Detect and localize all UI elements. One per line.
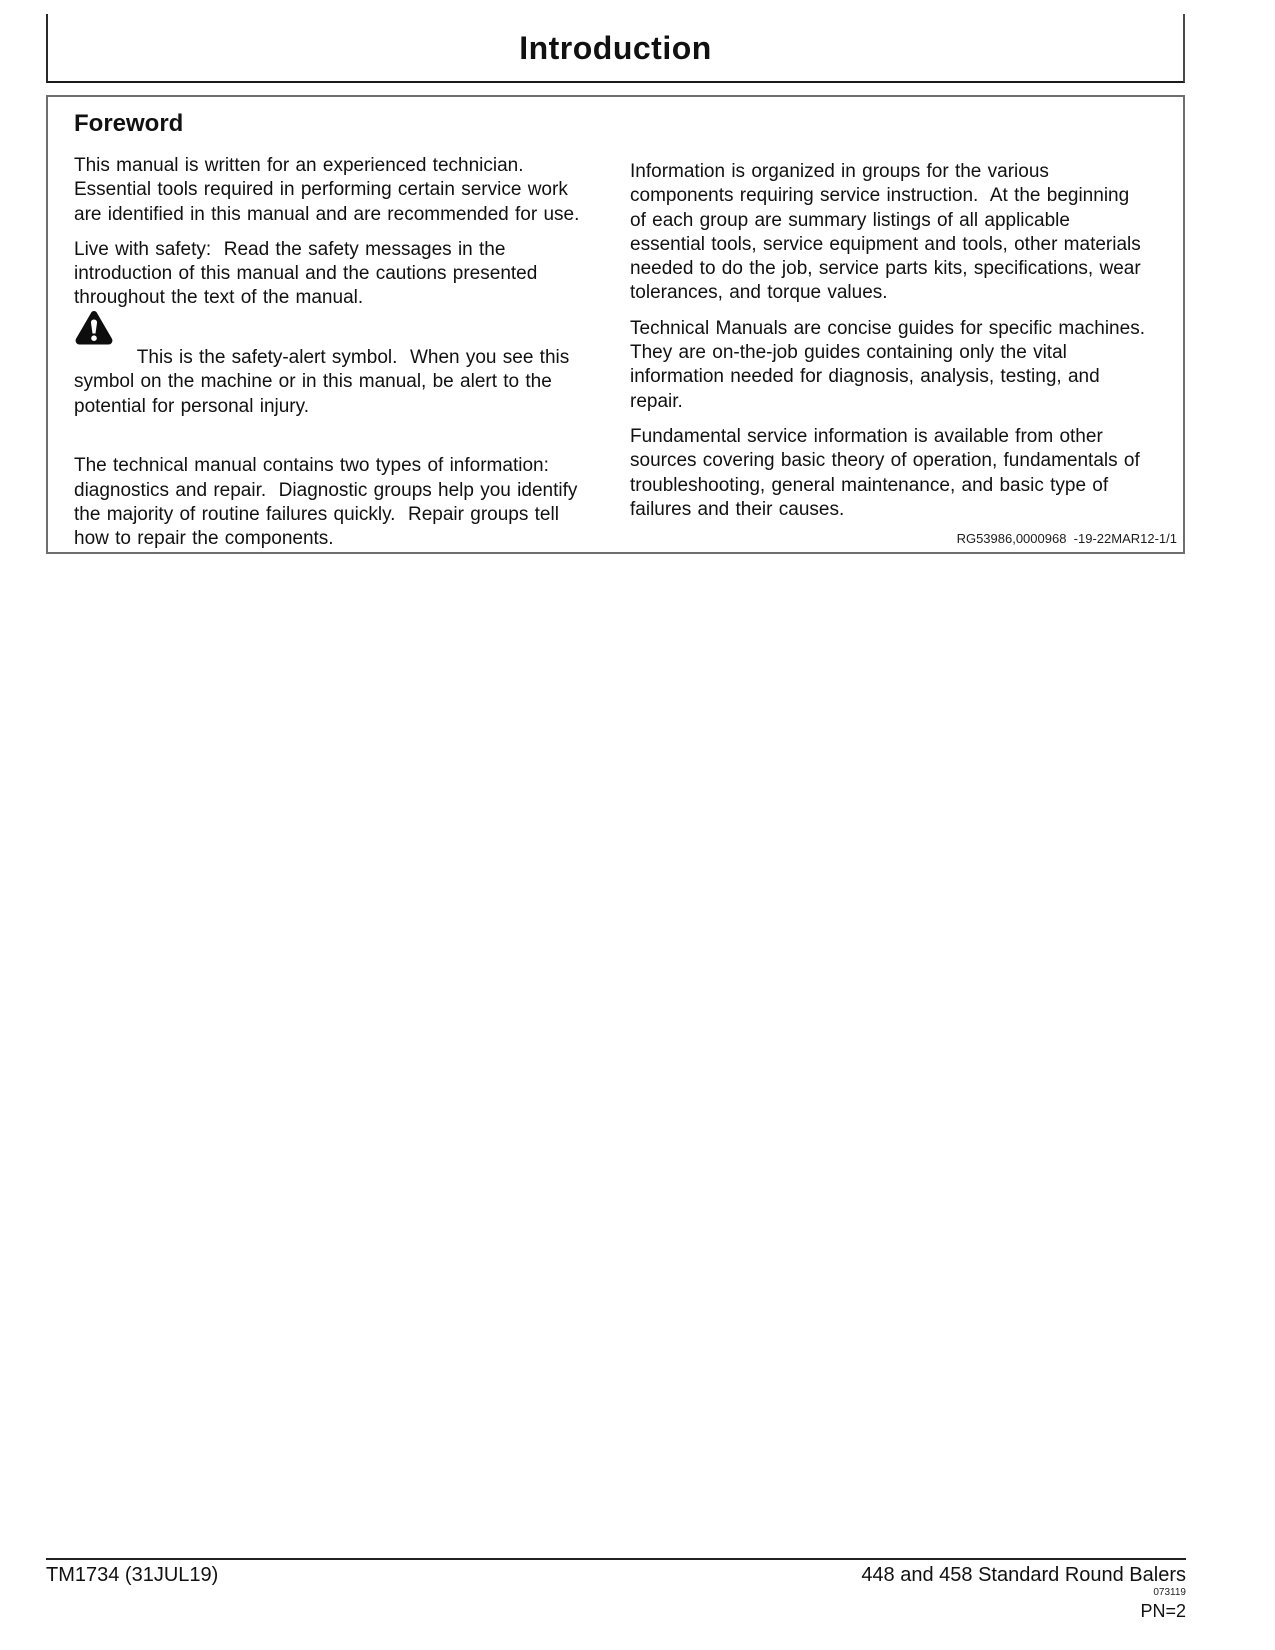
paragraph: Live with safety: Read the safety messag… [74,238,589,311]
footer-page-number: PN=2 [46,1601,1186,1622]
document-page: Introduction Foreword This manual is wri… [0,0,1275,1650]
footer-print-code: 073119 [46,1587,1186,1598]
foreword-right-column: Information is organized in groups for t… [630,160,1146,562]
reference-code: RG53986,0000968 -19-22MAR12-1/1 [957,531,1177,546]
paragraph: Information is organized in groups for t… [630,160,1146,306]
paragraph: This manual is written for an experience… [74,154,589,227]
safety-alert-icon [74,310,114,345]
footer-manual-number: TM1734 (31JUL19) [46,1564,218,1587]
foreword-left-column: This manual is written for an experience… [74,154,589,562]
paragraph: Technical Manuals are concise guides for… [630,317,1146,414]
foreword-section: Foreword This manual is written for an e… [46,95,1185,554]
foreword-columns: This manual is written for an experience… [74,154,1183,562]
page-header: Introduction [46,14,1185,83]
page-footer: TM1734 (31JUL19) 448 and 458 Standard Ro… [46,1558,1186,1622]
foreword-heading: Foreword [74,110,1183,138]
paragraph: Fundamental service information is avail… [630,425,1146,522]
paragraph-safety-alert: This is the safety-alert symbol. When yo… [74,322,589,443]
page-title: Introduction [48,14,1183,66]
paragraph: The technical manual contains two types … [74,454,589,551]
footer-machine-title: 448 and 458 Standard Round Balers [861,1564,1186,1587]
footer-row: TM1734 (31JUL19) 448 and 458 Standard Ro… [46,1564,1186,1587]
paragraph-text: This is the safety-alert symbol. When yo… [74,347,576,417]
